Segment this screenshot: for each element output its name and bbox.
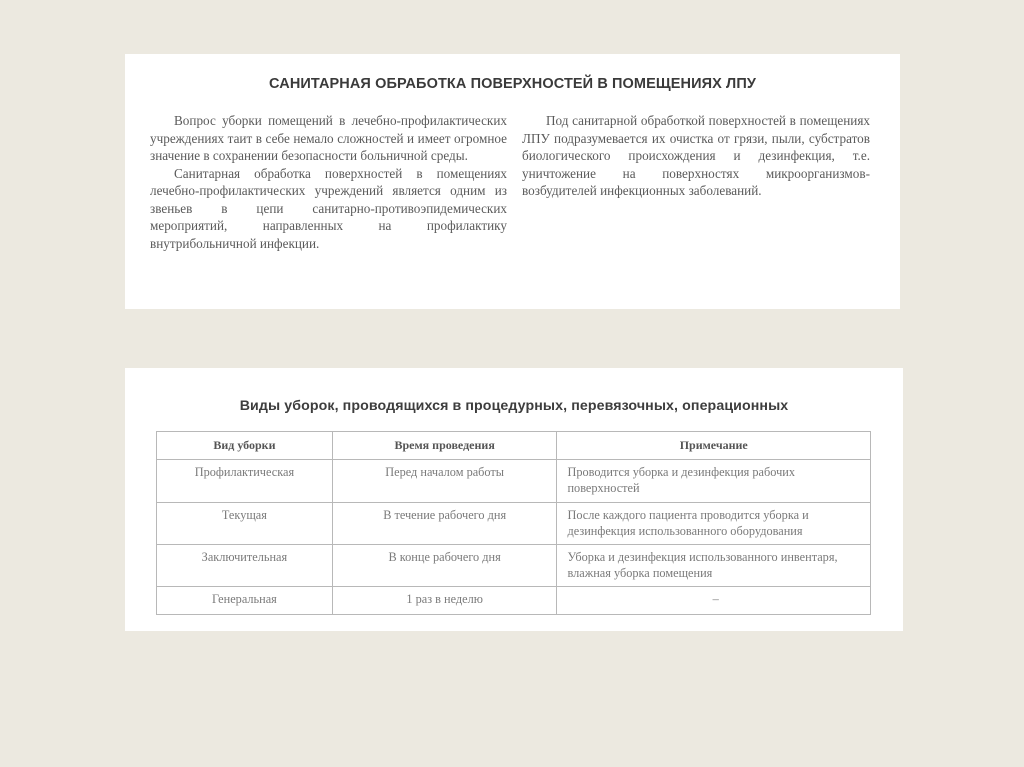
table-row: Текущая В течение рабочего дня После каж… xyxy=(157,503,871,545)
cell-note: – xyxy=(557,587,871,615)
paragraph: Санитарная обработка поверхностей в поме… xyxy=(150,165,507,253)
table-row: Профилактическая Перед началом работы Пр… xyxy=(157,460,871,503)
text-panel: САНИТАРНАЯ ОБРАБОТКА ПОВЕРХНОСТЕЙ В ПОМЕ… xyxy=(125,54,900,309)
cell-cleaning-type: Заключительная xyxy=(157,545,333,587)
left-text-column: Вопрос уборки помещений в лечебно-профил… xyxy=(150,112,507,252)
cell-time: Перед началом работы xyxy=(332,460,557,503)
table-row: Заключительная В конце рабочего дня Убор… xyxy=(157,545,871,587)
cell-time: В конце рабочего дня xyxy=(332,545,557,587)
header-note: Примечание xyxy=(557,432,871,460)
cell-note: Проводится уборка и дезинфекция рабочих … xyxy=(557,460,871,503)
paragraph: Вопрос уборки помещений в лечебно-профил… xyxy=(150,112,507,165)
cell-cleaning-type: Текущая xyxy=(157,503,333,545)
table-panel: Виды уборок, проводящихся в процедурных,… xyxy=(125,368,903,631)
cell-note: Уборка и дезинфекция использованного инв… xyxy=(557,545,871,587)
right-text-column: Под санитарной обработкой поверхностей в… xyxy=(522,112,870,200)
cell-cleaning-type: Профилактическая xyxy=(157,460,333,503)
cleaning-types-table: Вид уборки Время проведения Примечание П… xyxy=(156,431,871,615)
cell-time: В течение рабочего дня xyxy=(332,503,557,545)
table-title: Виды уборок, проводящихся в процедурных,… xyxy=(125,398,903,414)
section-title: САНИТАРНАЯ ОБРАБОТКА ПОВЕРХНОСТЕЙ В ПОМЕ… xyxy=(125,76,900,92)
table-row: Генеральная 1 раз в неделю – xyxy=(157,587,871,615)
table-header-row: Вид уборки Время проведения Примечание xyxy=(157,432,871,460)
paragraph: Под санитарной обработкой поверхностей в… xyxy=(522,112,870,200)
cell-time: 1 раз в неделю xyxy=(332,587,557,615)
cell-cleaning-type: Генеральная xyxy=(157,587,333,615)
cell-note: После каждого пациента проводится уборка… xyxy=(557,503,871,545)
header-cleaning-type: Вид уборки xyxy=(157,432,333,460)
header-time: Время проведения xyxy=(332,432,557,460)
